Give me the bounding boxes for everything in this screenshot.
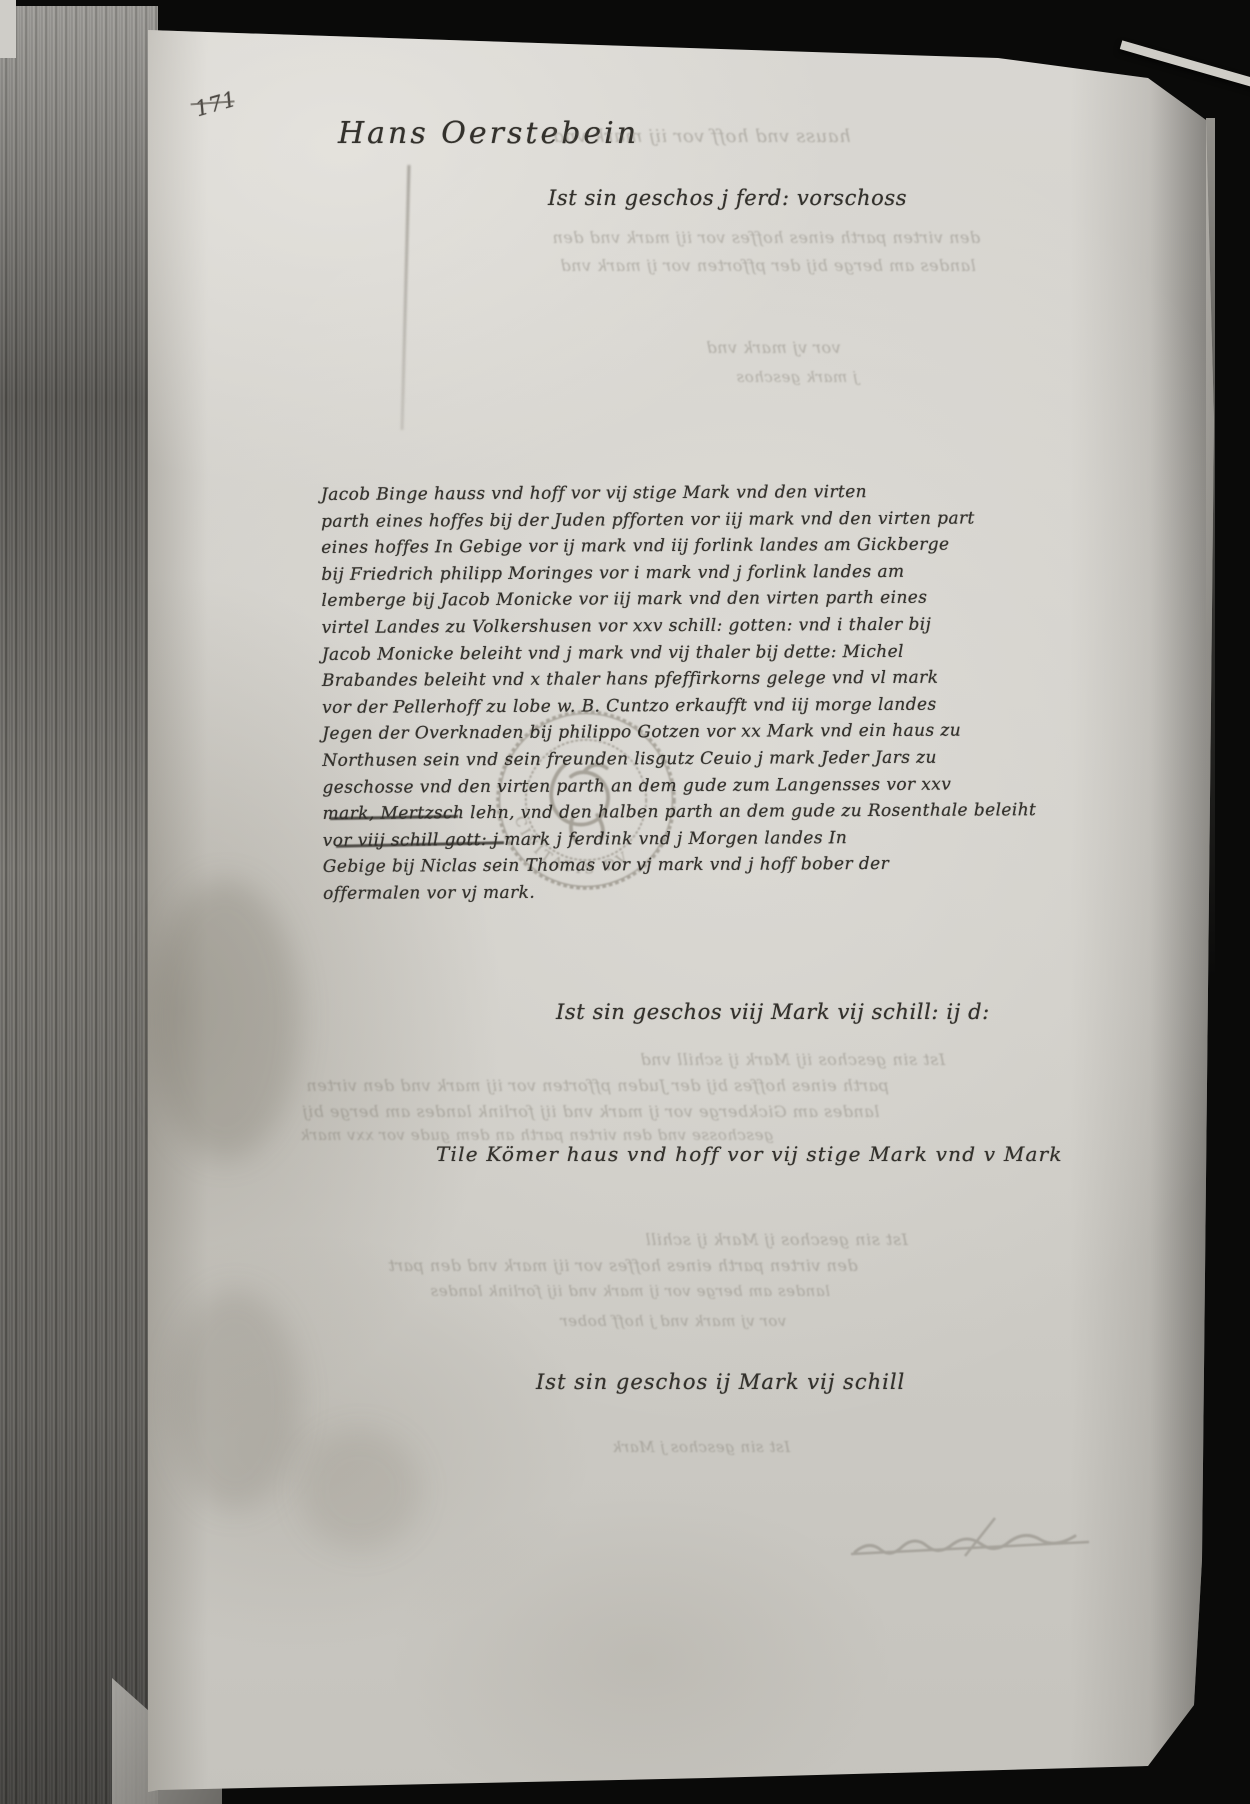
bleedthrough-text: landes am Gickberge vor ij mark vnd iij … [302, 1102, 879, 1121]
bleedthrough-text: vor vj mark vnd [706, 338, 841, 357]
entry-line: eines hoffes In Gebige vor ij mark vnd i… [321, 531, 1035, 561]
bleedthrough-text: hauss vnd hoff vor iij mark vnd [552, 126, 851, 147]
tax-note-top: Ist sin geschos j ferd: vorschoss [548, 186, 907, 210]
entry-line: bij Friedrich philipp Moringes vor i mar… [321, 558, 1035, 588]
bleedthrough-text: den virten parth eines hoffes vor iij ma… [552, 228, 980, 247]
bleedthrough-text: Ist sin geschos iij Mark ij schill vnd [640, 1050, 945, 1069]
second-entry-line: Tile Kömer haus vnd hoff vor vij stige M… [436, 1142, 1063, 1166]
sum-line-first: Ist sin geschos viij Mark vij schill: ij… [556, 1000, 990, 1024]
book-page-edge-stack [0, 6, 158, 1804]
paper-stain [150, 880, 300, 1160]
bleedthrough-text: Ist sin geschos j Mark [612, 1438, 790, 1456]
entry-line: Brabandes beleiht vnd x thaler hans pfef… [322, 664, 1036, 694]
embossed-city-seal: CIVITATIS DV [492, 706, 680, 894]
bleedthrough-text: parth eines hoffes bij der Juden pfforte… [306, 1076, 889, 1095]
seal-lion-figure [551, 764, 608, 841]
crossed-out-scribble [845, 1512, 1095, 1574]
entry-line: Jacob Monicke beleiht vnd j mark vnd vij… [322, 638, 1036, 668]
top-left-page-sliver [0, 0, 16, 58]
bleedthrough-text: j mark geschos [736, 368, 858, 386]
bleedthrough-text: den virten parth eines hoffes vor iij ma… [388, 1256, 858, 1275]
book-photograph: 171 Hans Oerstebein hauss vnd hoff vor i… [0, 0, 1250, 1804]
paper-stain [170, 1290, 300, 1510]
entry-line: virtel Landes zu Volkershusen vor xxv sc… [322, 611, 1036, 641]
paper-stain [300, 1430, 420, 1550]
bleedthrough-text: landes am berge vor ij mark vnd iij forl… [430, 1282, 830, 1300]
entry-line: lemberge bij Jacob Monicke vor iij mark … [321, 585, 1035, 615]
sum-line-second: Ist sin geschos ij Mark vij schill [536, 1370, 905, 1394]
entry-line: Jacob Binge hauss vnd hoff vor vij stige… [321, 478, 1035, 508]
page-right-edge-highlight [1206, 118, 1215, 978]
entry-line: parth eines hoffes bij der Juden pfforte… [321, 505, 1035, 535]
bleedthrough-text: landes am berge bij der pfforten vor ij … [560, 256, 976, 275]
bleedthrough-text: Ist sin geschos ij Mark ij schill [645, 1230, 908, 1249]
bleedthrough-text: vor vj mark vnd j hoff bober [560, 1312, 786, 1330]
